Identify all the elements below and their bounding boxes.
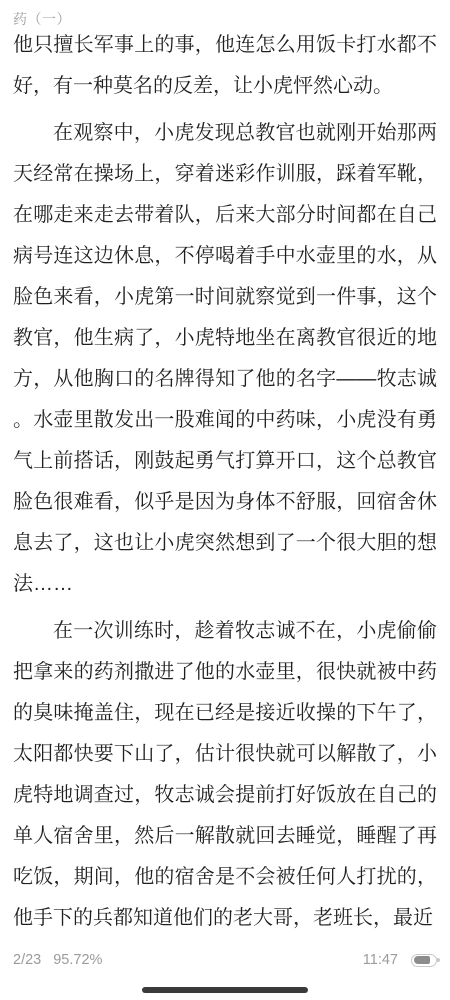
paragraph: 在一次训练时，趁着牧志诚不在，小虎偷偷把拿来的药剂撒进了他的水壶里，很快就被中药… (13, 611, 437, 939)
reading-progress: 2/23 95.72% (13, 952, 102, 968)
reader-screen: 药（一） 他只擅长军事上的事，他连怎么用饭卡打水都不好，有一种莫名的反差，让小虎… (0, 0, 450, 1000)
paragraph: 他只擅长军事上的事，他连怎么用饭卡打水都不好，有一种莫名的反差，让小虎怦然心动。 (13, 25, 437, 107)
battery-fill (414, 956, 431, 964)
battery-icon (411, 954, 437, 967)
home-indicator[interactable] (142, 987, 308, 993)
battery-nub (437, 958, 440, 962)
reader-page[interactable]: 他只擅长军事上的事，他连怎么用饭卡打水都不好，有一种莫名的反差，让小虎怦然心动。… (13, 25, 437, 945)
reader-status-bar: 2/23 95.72% 11:47 (13, 950, 437, 970)
paragraph: 在观察中，小虎发现总教官也就刚开始那两天经常在操场上，穿着迷彩作训服，踩着军靴，… (13, 113, 437, 605)
system-status: 11:47 (363, 952, 437, 968)
page-indicator: 2/23 (13, 952, 41, 968)
progress-percent: 95.72% (53, 952, 102, 968)
clock: 11:47 (363, 952, 398, 968)
